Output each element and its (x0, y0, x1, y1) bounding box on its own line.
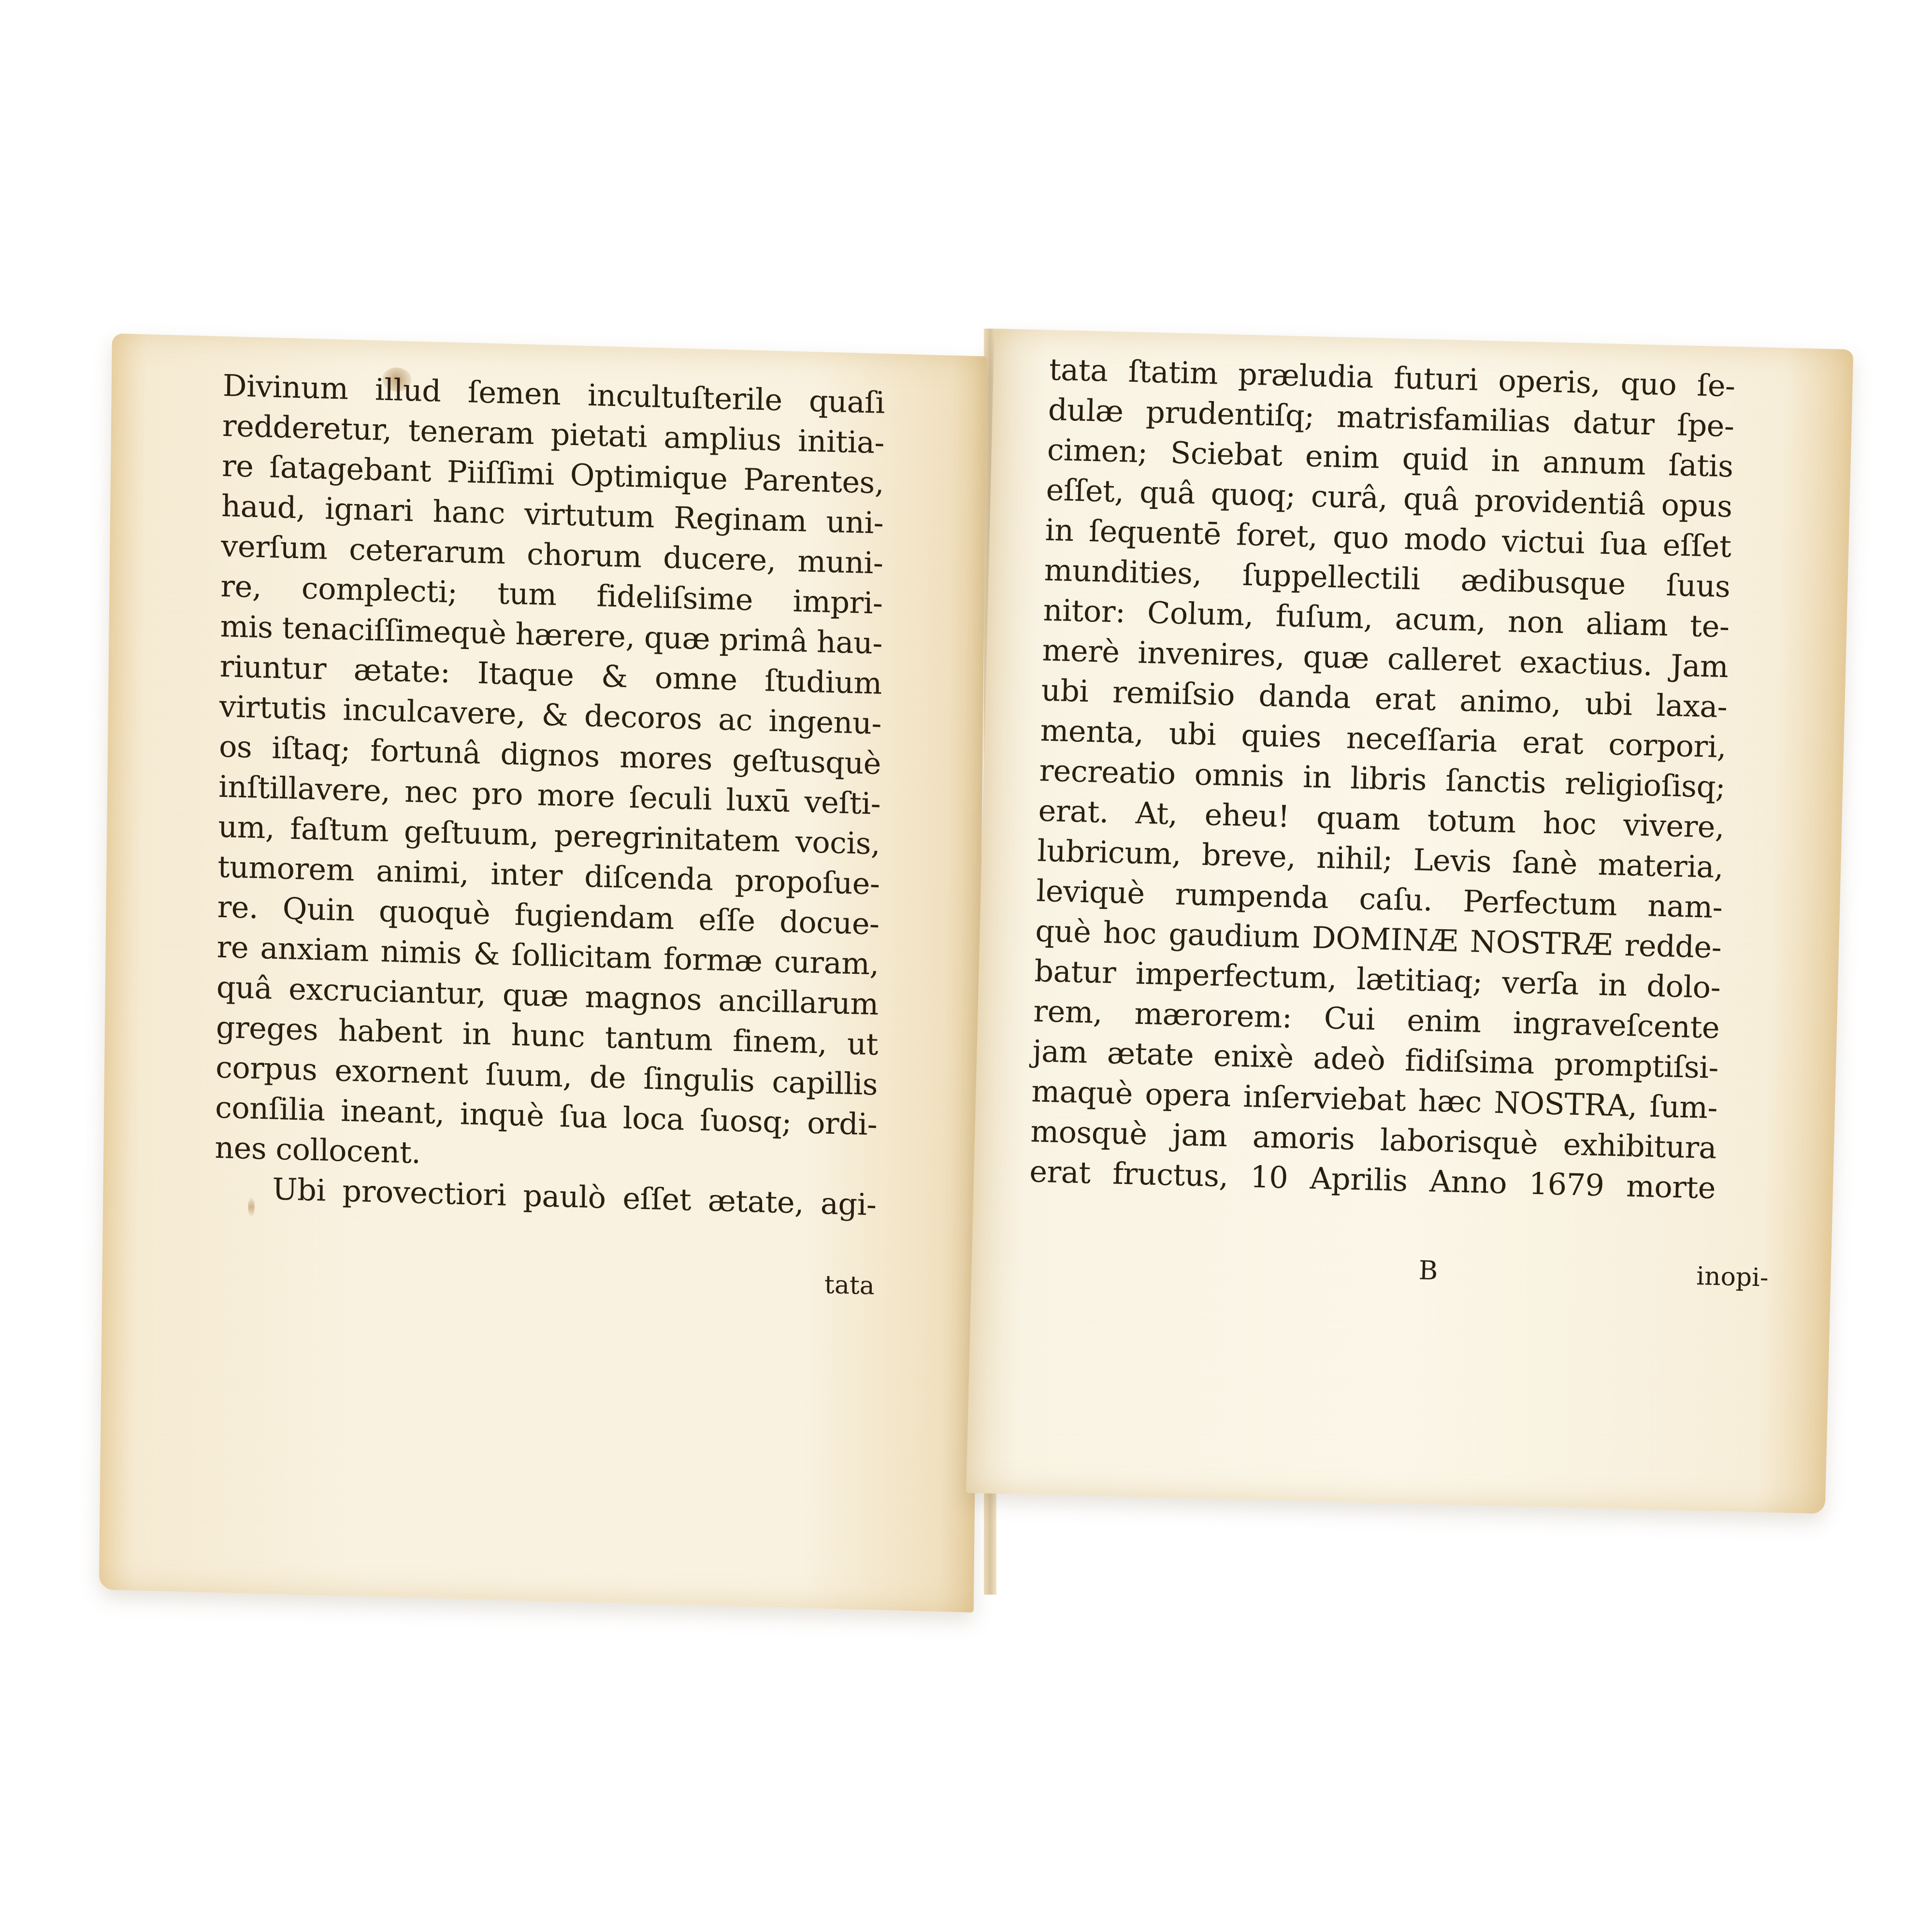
left-catchword: tata (824, 1270, 875, 1301)
left-page-text: Divinum illud ſemen incultuſterile quaſi… (214, 365, 885, 1225)
signature-mark: B (1418, 1255, 1438, 1286)
right-page-text: tata ſtatim præludia futuri operis, quo … (1029, 349, 1735, 1208)
right-page: tata ſtatim præludia futuri operis, quo … (966, 329, 1853, 1514)
left-page: Divinum illud ſemen incultuſterile quaſi… (99, 333, 987, 1613)
open-book: Divinum illud ſemen incultuſterile quaſi… (0, 0, 1932, 1932)
right-catchword: inopi- (1696, 1262, 1769, 1293)
